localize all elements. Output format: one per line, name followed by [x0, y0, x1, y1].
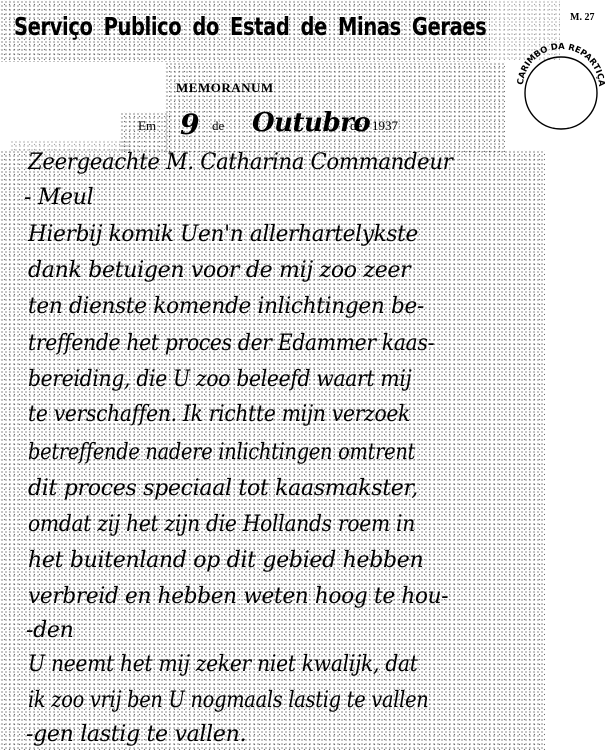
- paper-texture-upper: [165, 62, 505, 152]
- letter-line: ik zoo vrij ben U nogmaals lastig te val…: [28, 688, 428, 713]
- letter-line: ten dienste komende inlichtingen be-: [28, 294, 424, 319]
- letter-line: -gen lastig te vallen.: [26, 722, 246, 747]
- letter-line: dank betuigen voor de mij zoo zeer: [28, 258, 410, 283]
- letter-line: treffende het proces der Edammer kaas-: [28, 331, 434, 356]
- date-connector: de: [212, 118, 224, 134]
- letter-line: -den: [26, 618, 74, 643]
- letter-line: te verschaffen. Ik richtte mijn verzoek: [28, 402, 410, 427]
- salutation-line: - Meul: [24, 185, 93, 210]
- date-day: 9: [180, 108, 199, 141]
- date-connector-year: de: [350, 118, 362, 134]
- letter-line: dit proces speciaal tot kaasmakster,: [28, 476, 418, 501]
- svg-text:CARIMBO DA REPARTIÇÃO: CARIMBO DA REPARTIÇÃO: [505, 15, 605, 87]
- letter-line: U neemt het mij zeker niet kwalijk, dat: [28, 652, 418, 677]
- letter-line: betreffende nadere inlichtingen omtrent: [28, 440, 415, 465]
- letter-line: het buitenland op dit gebied hebben: [28, 548, 423, 573]
- organization-title: Serviço Publico do Estad de Minas Geraes: [14, 12, 486, 41]
- office-stamp-icon: CARIMBO DA REPARTIÇÃO: [505, 15, 605, 135]
- letter-line: omdat zij het zijn die Hollands roem in: [28, 512, 415, 537]
- salutation-line: Zeergeachte M. Catharina Commandeur: [28, 150, 453, 175]
- letter-line: bereiding, die U zoo beleefd waart mij: [28, 367, 412, 392]
- letter-line: Hierbij komik Uen'n allerhartelykste: [28, 222, 418, 247]
- date-year: 1937: [372, 118, 398, 134]
- letter-line: verbreid en hebben weten hoog te hou-: [28, 584, 448, 609]
- memo-title: MEMORANUM: [176, 80, 274, 96]
- date-prefix: Em: [138, 118, 156, 134]
